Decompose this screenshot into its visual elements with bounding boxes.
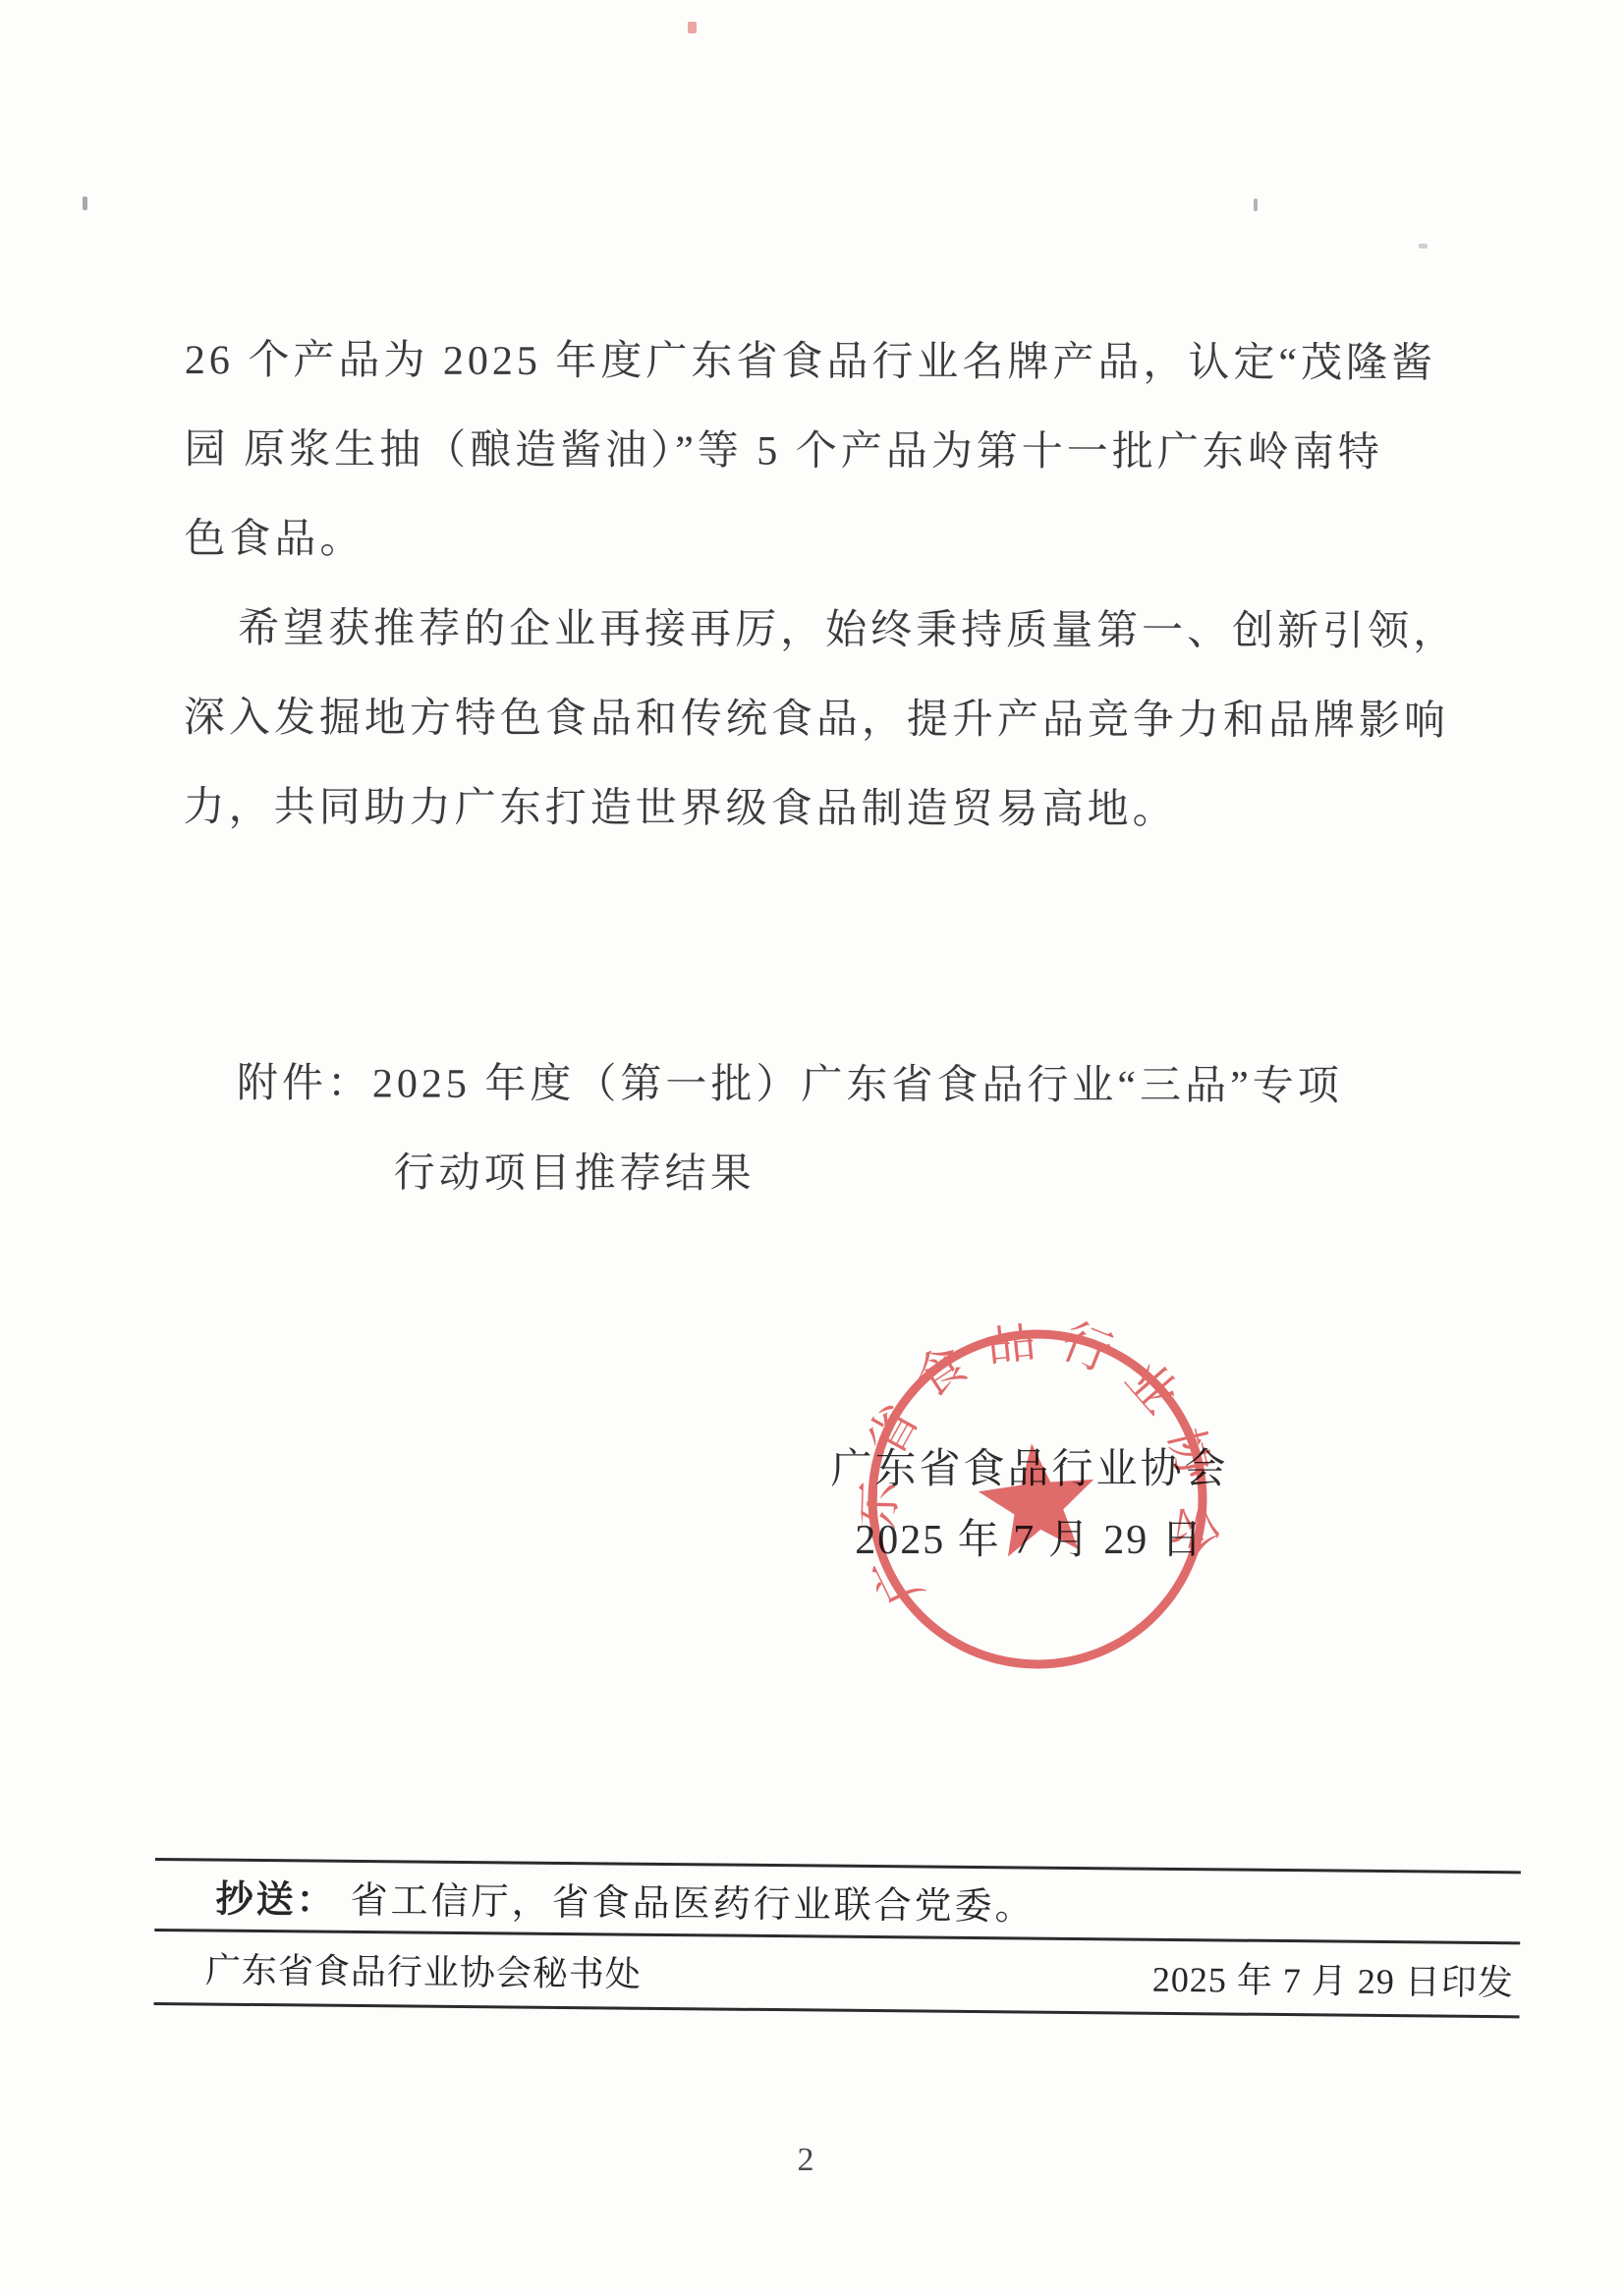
body-line: 希望获推荐的企业再接再厉，始终秉持质量第一、创新引领，	[184, 585, 1500, 678]
footer-block: 抄送： 省工信厅，省食品医药行业联合党委。 广东省食品行业协会秘书处 2025 …	[154, 1858, 1521, 2018]
attachment-section: 附件：2025 年度（第一批）广东省食品行业“三品”专项 行动项目推荐结果	[237, 1039, 1499, 1221]
red-star-icon	[974, 1437, 1100, 1559]
attachment-label: 附件：	[237, 1061, 372, 1106]
cc-text: 省工信厅，省食品医药行业联合党委。	[350, 1870, 1036, 1931]
issuer: 广东省食品行业协会秘书处	[205, 1942, 642, 1996]
scan-artifact	[83, 196, 87, 210]
attachment-title: 2025 年度（第一批）广东省食品行业“三品”专项	[372, 1062, 1343, 1110]
document-body: 26 个产品为 2025 年度广东省食品行业名牌产品，认定“茂隆酱 园 原浆生抽…	[183, 316, 1501, 1222]
page-number: 2	[747, 2142, 865, 2179]
body-paragraph-2: 希望获推荐的企业再接再厉，始终秉持质量第一、创新引领， 深入发掘地方特色食品和传…	[184, 585, 1501, 857]
document-page: 26 个产品为 2025 年度广东省食品行业名牌产品，认定“茂隆酱 园 原浆生抽…	[0, 0, 1624, 2295]
body-line: 深入发掘地方特色食品和传统食品，提升产品竞争力和品牌影响	[184, 674, 1500, 767]
attachment-line-1: 附件：2025 年度（第一批）广东省食品行业“三品”专项	[237, 1039, 1499, 1132]
scan-artifact	[688, 22, 697, 33]
body-paragraph-1: 26 个产品为 2025 年度广东省食品行业名牌产品，认定“茂隆酱 园 原浆生抽…	[184, 316, 1501, 588]
print-date: 2025 年 7 月 29 日印发	[1152, 1951, 1514, 2005]
body-line: 力，共同助力广东打造世界级食品制造贸易高地。	[184, 763, 1500, 857]
scan-artifact	[1419, 244, 1428, 249]
issue-row: 广东省食品行业协会秘书处 2025 年 7 月 29 日印发	[154, 1931, 1521, 2015]
body-line: 色食品。	[184, 495, 1500, 588]
attachment-line-2: 行动项目推荐结果	[394, 1130, 1499, 1222]
cc-row: 抄送： 省工信厅，省食品医药行业联合党委。	[154, 1861, 1521, 1941]
official-seal: 广东省食品行业协会	[843, 1305, 1232, 1694]
cc-label: 抄送：	[215, 1869, 337, 1924]
body-line: 26 个产品为 2025 年度广东省食品行业名牌产品，认定“茂隆酱	[185, 316, 1501, 410]
body-line: 园 原浆生抽（酿造酱油）”等 5 个产品为第十一批广东岭南特	[185, 406, 1501, 499]
scan-artifact	[1254, 198, 1258, 211]
